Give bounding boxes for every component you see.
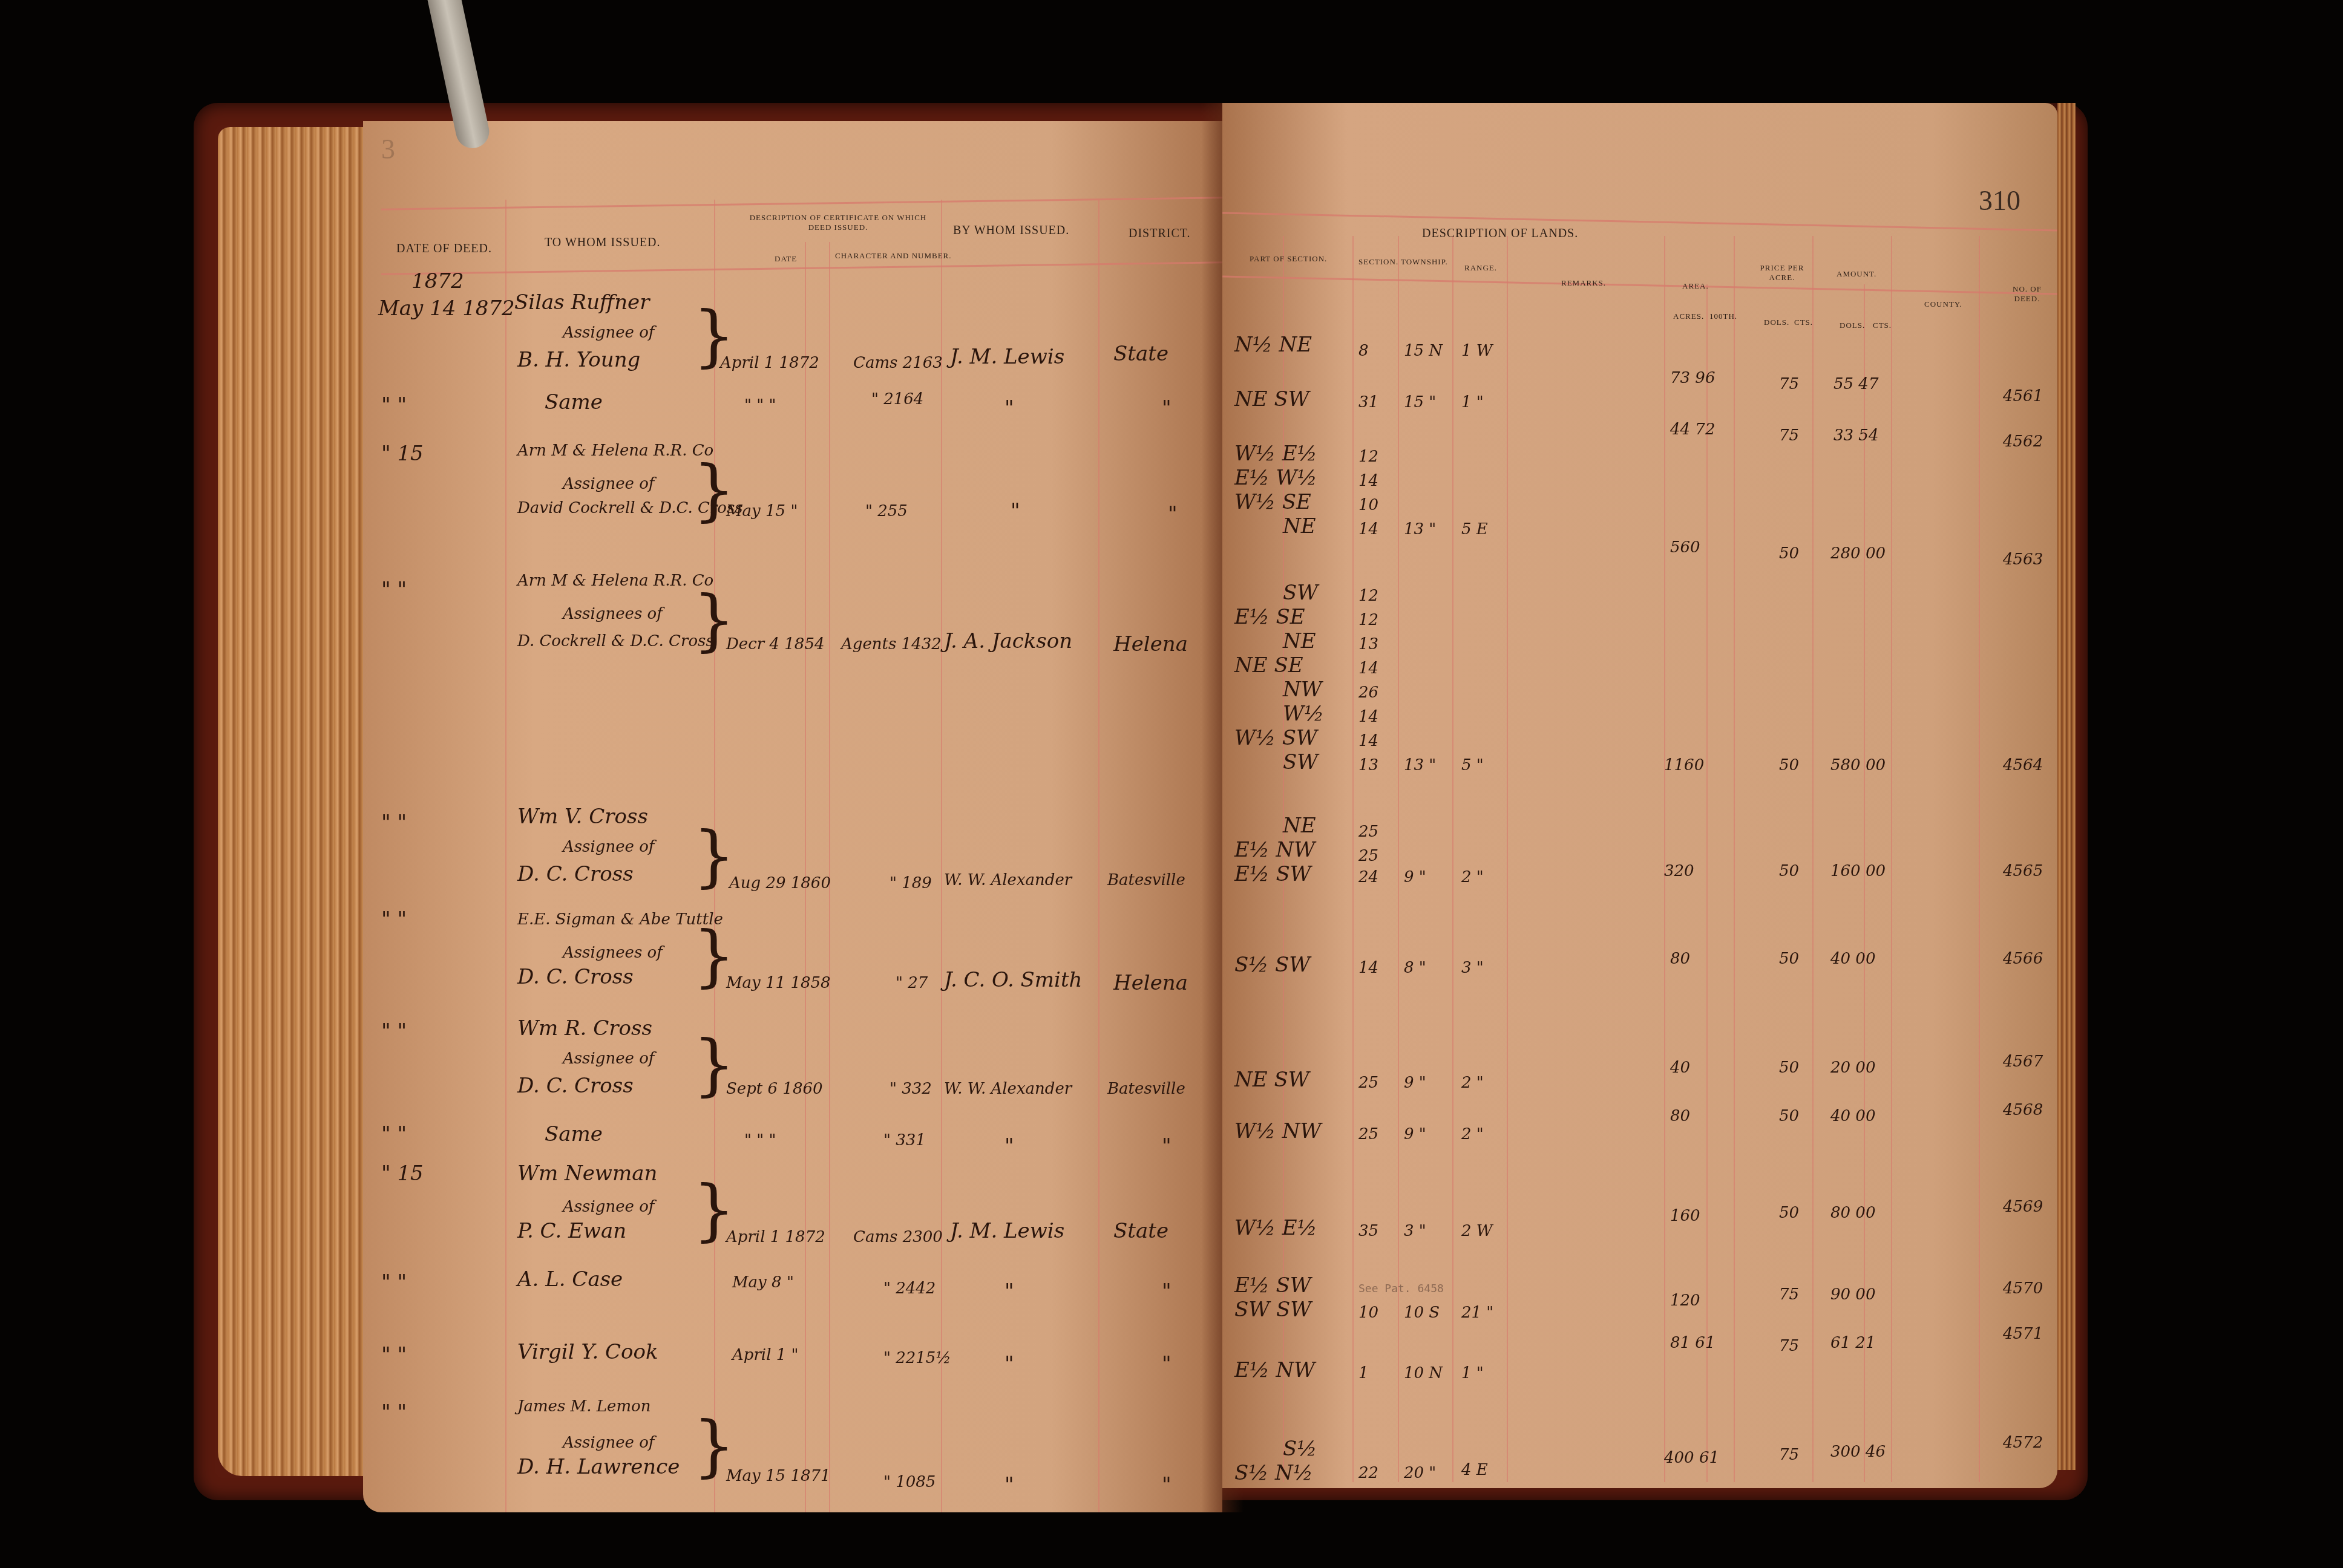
- entry-12-district: ": [1162, 1473, 1171, 1497]
- entry-8-section: 25: [1358, 1125, 1378, 1143]
- entry-10-cert-number: " 2442: [883, 1279, 936, 1298]
- entry-4-assignee-of: Assignees of: [563, 605, 663, 623]
- entry-4-area: 1160: [1664, 756, 1704, 774]
- col-rule: [1734, 236, 1735, 1482]
- entry-10-cert-date: May 8 ": [732, 1273, 794, 1292]
- entry-4-section: 14: [1358, 732, 1378, 750]
- entry-1-area: 73 96: [1670, 369, 1715, 387]
- entry-3-district: ": [1168, 502, 1178, 526]
- entry-4-deed-no: 4564: [2003, 756, 2043, 774]
- entry-5-section: 24: [1358, 868, 1378, 886]
- entry-9-assignee-of: Assignee of: [563, 1198, 654, 1216]
- entry-8-cert-date: " " ": [744, 1131, 776, 1149]
- entry-5-price: 50: [1779, 862, 1799, 880]
- entry-11-grantee: Virgil Y. Cook: [517, 1340, 658, 1364]
- header-price-dols: Dols.: [1764, 318, 1789, 327]
- header-bottom-rule: [1222, 276, 2057, 295]
- entry-9-part: W½ E½: [1234, 1216, 1317, 1240]
- header-area-acres: Acres.: [1673, 312, 1704, 321]
- entry-5-part: NE: [1283, 814, 1316, 838]
- entry-9-range: 2 W: [1461, 1222, 1493, 1240]
- entry-6-deed-no: 4566: [2003, 950, 2043, 968]
- header-range: Range.: [1464, 263, 1497, 273]
- entry-10-range: 21 ": [1461, 1304, 1493, 1322]
- entry-12-price: 75: [1779, 1446, 1799, 1464]
- entry-11-section: 1: [1358, 1364, 1369, 1382]
- entry-10-district: ": [1162, 1279, 1171, 1304]
- entry-4-amount: 580 00: [1830, 756, 1886, 774]
- header-amount: Amount.: [1837, 269, 1876, 279]
- entry-12-amount: 300 46: [1830, 1443, 1886, 1461]
- entry-5-area: 320: [1664, 862, 1694, 880]
- entry-12-township: 20 ": [1404, 1464, 1436, 1482]
- entry-6-range: 3 ": [1461, 959, 1484, 977]
- entry-10-township: 10 S: [1404, 1304, 1440, 1322]
- entry-12-part: S½ N½: [1234, 1461, 1313, 1485]
- entry-2-township: 15 ": [1404, 393, 1436, 411]
- entry-3-range: 5 E: [1461, 520, 1488, 538]
- entry-5-grantee: Wm V. Cross: [517, 805, 648, 829]
- right-page-edges: [2057, 103, 2076, 1470]
- header-top-rule: [1222, 212, 2057, 232]
- left-page-number: 3: [381, 133, 395, 165]
- entry-11-district: ": [1162, 1352, 1171, 1376]
- entry-11-issued-by: ": [1004, 1352, 1014, 1376]
- entry-6-grantee: E.E. Sigman & Abe Tuttle: [517, 910, 723, 929]
- entry-9-assignor: P. C. Ewan: [517, 1219, 626, 1243]
- entry-5-date: " ": [381, 811, 407, 835]
- entry-2-part: NE SW: [1234, 387, 1309, 411]
- entry-2-cert-number: " 2164: [871, 390, 923, 408]
- entry-5-issued-by: W. W. Alexander: [944, 871, 1072, 889]
- entry-3-section: 12: [1358, 448, 1378, 466]
- entry-5-deed-no: 4565: [2003, 862, 2043, 880]
- header-price-cts: Cts.: [1794, 318, 1813, 327]
- header-amount-dols: Dols.: [1840, 321, 1865, 330]
- entry-1-range: 1 W: [1461, 342, 1493, 360]
- entry-6-assignor: D. C. Cross: [517, 965, 634, 989]
- header-top-rule: [381, 197, 1222, 210]
- entry-4-part: W½: [1283, 702, 1324, 726]
- entry-9-district: State: [1113, 1219, 1168, 1243]
- entry-3-grantee: Arn M & Helena R.R. Co: [517, 442, 713, 460]
- entry-7-price: 50: [1779, 1059, 1799, 1077]
- entry-10-grantee: A. L. Case: [517, 1267, 623, 1292]
- entry-12-grantee: James M. Lemon: [517, 1397, 650, 1416]
- entry-7-township: 9 ": [1404, 1074, 1426, 1092]
- entry-12-section: 22: [1358, 1464, 1378, 1482]
- header-by-whom-issued: By Whom Issued.: [953, 224, 1069, 238]
- entry-7-amount: 20 00: [1830, 1059, 1875, 1077]
- entry-7-assignee-of: Assignee of: [563, 1050, 654, 1068]
- entry-9-issued-by: J. M. Lewis: [950, 1219, 1064, 1243]
- entry-5-cert-date: Aug 29 1860: [729, 874, 831, 892]
- entry-11-area: 81 61: [1670, 1334, 1715, 1352]
- header-section: Section.: [1358, 257, 1398, 267]
- header-certificate: Description of Certificate on which Deed…: [738, 213, 938, 232]
- entry-4-section: 12: [1358, 587, 1378, 605]
- left-page: 3 Date of Deed. To Whom Issued. Descript…: [363, 121, 1222, 1512]
- entry-4-township: 13 ": [1404, 756, 1436, 774]
- entry-8-issued-by: ": [1004, 1134, 1014, 1158]
- entry-6-section: 14: [1358, 959, 1378, 977]
- entry-10-amount: 90 00: [1830, 1285, 1875, 1304]
- header-township: Township.: [1401, 257, 1448, 267]
- entry-6-part: S½ SW: [1234, 953, 1310, 977]
- page-number: 310: [1979, 185, 2020, 217]
- entry-10-price: 75: [1779, 1285, 1799, 1304]
- entry-11-price: 75: [1779, 1337, 1799, 1355]
- entry-3-deed-no: 4563: [2003, 550, 2043, 569]
- entry-12-assignor: D. H. Lawrence: [517, 1455, 680, 1479]
- col-rule: [1979, 236, 1980, 1482]
- entry-12-assignee-of: Assignee of: [563, 1434, 654, 1452]
- entry-10-date: " ": [381, 1270, 407, 1295]
- entry-1-cert-number: Cams 2163: [853, 354, 943, 372]
- entry-9-grantee: Wm Newman: [517, 1161, 657, 1186]
- entry-2-price: 75: [1779, 426, 1799, 445]
- entry-3-section: 14: [1358, 520, 1378, 538]
- entry-1-township: 15 N: [1404, 342, 1443, 360]
- header-price-per-acre: Price per Acre.: [1755, 263, 1809, 283]
- entry-10-remarks-stamp: See Pat. 6458: [1358, 1282, 1444, 1295]
- entry-8-township: 9 ": [1404, 1125, 1426, 1143]
- entry-2-cert-date: " " ": [744, 396, 776, 414]
- entry-12-cert-number: " 1085: [883, 1473, 936, 1491]
- entry-8-district: ": [1162, 1134, 1171, 1158]
- entry-4-section: 26: [1358, 684, 1378, 702]
- entry-4-part: SW: [1283, 750, 1318, 774]
- entry-6-cert-number: " 27: [896, 974, 928, 992]
- entry-4-date: " ": [381, 578, 407, 602]
- entry-1-section: 8: [1358, 342, 1369, 360]
- entry-6-area: 80: [1670, 950, 1690, 968]
- entry-7-part: NE SW: [1234, 1068, 1309, 1092]
- entry-4-price: 50: [1779, 756, 1799, 774]
- entry-4-part: E½ SE: [1234, 605, 1305, 629]
- entry-3-township: 13 ": [1404, 520, 1436, 538]
- entry-7-date: " ": [381, 1019, 407, 1044]
- entry-11-part: E½ NW: [1234, 1358, 1315, 1382]
- entry-1-part: N½ NE: [1234, 333, 1312, 357]
- entry-9-date: " 15: [381, 1161, 424, 1186]
- year-heading: 1872: [411, 269, 464, 293]
- entry-12-part: S½: [1283, 1437, 1317, 1461]
- entry-7-deed-no: 4567: [2003, 1053, 2043, 1071]
- entry-9-price: 50: [1779, 1204, 1799, 1222]
- entry-9-township: 3 ": [1404, 1222, 1426, 1240]
- entry-4-section: 14: [1358, 659, 1378, 678]
- col-rule: [1812, 236, 1814, 1482]
- col-rule: [1352, 236, 1354, 1482]
- entry-12-issued-by: ": [1004, 1473, 1014, 1497]
- entry-8-range: 2 ": [1461, 1125, 1484, 1143]
- entry-2-section: 31: [1358, 393, 1378, 411]
- header-description-of-lands: Description of Lands.: [1422, 227, 1578, 241]
- entry-4-section: 12: [1358, 611, 1378, 629]
- col-rule: [1891, 236, 1892, 1482]
- entry-8-amount: 40 00: [1830, 1107, 1875, 1125]
- entry-11-cert-date: April 1 ": [732, 1346, 799, 1364]
- entry-5-district: Batesville: [1107, 871, 1185, 889]
- entry-5-part: E½ SW: [1234, 862, 1311, 886]
- entry-4-range: 5 ": [1461, 756, 1484, 774]
- entry-4-part: W½ SW: [1234, 726, 1317, 750]
- header-district: District.: [1129, 227, 1191, 241]
- entry-8-price: 50: [1779, 1107, 1799, 1125]
- header-to-whom-issued: To Whom Issued.: [545, 236, 661, 250]
- entry-9-deed-no: 4569: [2003, 1198, 2043, 1216]
- col-rule: [1706, 284, 1708, 1482]
- entry-4-part: NE SE: [1234, 653, 1303, 678]
- entry-12-cert-date: May 15 1871: [726, 1467, 831, 1485]
- entry-7-range: 2 ": [1461, 1074, 1484, 1092]
- entry-6-district: Helena: [1113, 971, 1188, 995]
- entry-6-amount: 40 00: [1830, 950, 1875, 968]
- entry-4-assignor: D. Cockrell & D.C. Cross: [517, 632, 714, 650]
- entry-12-area: 400 61: [1664, 1449, 1719, 1467]
- entry-6-date: " ": [381, 907, 407, 932]
- entry-6-assignee-of: Assignees of: [563, 944, 663, 962]
- header-area-100th: 100th.: [1709, 312, 1737, 321]
- entry-1-grantee: Silas Ruffner: [514, 290, 649, 315]
- entry-3-issued-by: ": [1011, 499, 1020, 523]
- entry-10-issued-by: ": [1004, 1279, 1014, 1304]
- col-rule: [1452, 236, 1453, 1482]
- header-part-of-section: Part of Section.: [1250, 254, 1327, 264]
- entry-3-date: " 15: [381, 442, 424, 466]
- entry-10-deed-no: 4570: [2003, 1279, 2043, 1298]
- entry-1-assignor: B. H. Young: [517, 348, 640, 372]
- header-area: Area.: [1682, 281, 1709, 291]
- entry-6-cert-date: May 11 1858: [726, 974, 831, 992]
- entry-10-area: 120: [1670, 1292, 1700, 1310]
- entry-5-assignee-of: Assignee of: [563, 838, 654, 856]
- entry-4-section: 13: [1358, 635, 1378, 653]
- entry-3-part: NE: [1283, 514, 1316, 538]
- entry-9-cert-date: April 1 1872: [726, 1228, 825, 1246]
- entry-8-part: W½ NW: [1234, 1119, 1321, 1143]
- entry-2-range: 1 ": [1461, 393, 1484, 411]
- entry-3-part: E½ W½: [1234, 466, 1317, 490]
- header-date-of-deed: Date of Deed.: [396, 242, 492, 256]
- col-rule: [1664, 236, 1665, 1482]
- entry-1-issued-by: J. M. Lewis: [950, 345, 1064, 369]
- entry-9-cert-number: Cams 2300: [853, 1228, 943, 1246]
- entry-11-amount: 61 21: [1830, 1334, 1875, 1352]
- entry-7-area: 40: [1670, 1059, 1690, 1077]
- entry-9-section: 35: [1358, 1222, 1378, 1240]
- entry-2-amount: 33 54: [1833, 426, 1878, 445]
- entry-1-price: 75: [1779, 375, 1799, 393]
- col-rule: [1098, 200, 1099, 1512]
- entry-4-cert-number: Agents 1432: [841, 635, 942, 653]
- entry-2-grantee: Same: [545, 390, 603, 414]
- entry-2-deed-no: 4562: [2003, 433, 2043, 451]
- entry-5-township: 9 ": [1404, 868, 1426, 886]
- page-edges: [218, 127, 363, 1476]
- entry-7-issued-by: W. W. Alexander: [944, 1080, 1072, 1098]
- entry-1-cert-date: April 1 1872: [720, 354, 819, 372]
- entry-2-district: ": [1162, 396, 1171, 420]
- entry-12-date: " ": [381, 1400, 407, 1425]
- entry-3-assignee-of: Assignee of: [563, 475, 654, 493]
- entry-8-cert-number: " 331: [883, 1131, 926, 1149]
- right-page: 310 Description of Lands. Part of Sectio…: [1222, 103, 2057, 1488]
- entry-7-cert-date: Sept 6 1860: [726, 1080, 823, 1098]
- col-rule: [1398, 236, 1399, 1482]
- header-county: County.: [1924, 299, 1962, 309]
- col-rule: [1507, 236, 1508, 1482]
- header-amount-cts: Cts.: [1873, 321, 1892, 330]
- entry-5-section: 25: [1358, 823, 1378, 841]
- entry-1-assignee-of: Assignee of: [563, 324, 654, 342]
- header-cert-date: Date: [775, 254, 797, 264]
- entry-2-issued-by: ": [1004, 396, 1014, 420]
- entry-3-section: 10: [1358, 496, 1378, 514]
- entry-4-section: 13: [1358, 756, 1378, 774]
- header-no-of-deed: No. of Deed.: [2003, 284, 2051, 304]
- header-bottom-rule: [381, 261, 1222, 275]
- entry-3-part: W½ SE: [1234, 490, 1311, 514]
- entry-7-cert-number: " 332: [890, 1080, 932, 1098]
- entry-9-amount: 80 00: [1830, 1204, 1875, 1222]
- col-rule: [505, 200, 506, 1512]
- entry-7-district: Batesville: [1107, 1080, 1185, 1098]
- entry-7-section: 25: [1358, 1074, 1378, 1092]
- entry-1-deed-no: 4561: [2003, 387, 2043, 405]
- entry-5-assignor: D. C. Cross: [517, 862, 634, 886]
- entry-5-amount: 160 00: [1830, 862, 1886, 880]
- entry-4-part: SW: [1283, 581, 1318, 605]
- entry-11-date: " ": [381, 1343, 407, 1367]
- entry-5-section: 25: [1358, 847, 1378, 865]
- entry-8-area: 80: [1670, 1107, 1690, 1125]
- entry-4-part: NW: [1283, 678, 1322, 702]
- entry-4-cert-date: Decr 4 1854: [726, 635, 824, 653]
- entry-3-cert-date: May 15 ": [726, 502, 798, 520]
- entry-4-issued-by: J. A. Jackson: [944, 629, 1072, 653]
- entry-5-range: 2 ": [1461, 868, 1484, 886]
- entry-3-amount: 280 00: [1830, 544, 1886, 563]
- entry-5-cert-number: " 189: [890, 874, 932, 892]
- entry-1-district: State: [1113, 342, 1168, 366]
- entry-11-deed-no: 4571: [2003, 1325, 2043, 1343]
- entry-4-district: Helena: [1113, 632, 1188, 656]
- entry-3-price: 50: [1779, 544, 1799, 563]
- entry-3-part: W½ E½: [1234, 442, 1317, 466]
- entry-6-issued-by: J. C. O. Smith: [944, 968, 1083, 992]
- entry-2-date: " ": [381, 393, 407, 417]
- entry-6-township: 8 ": [1404, 959, 1426, 977]
- entry-12-range: 4 E: [1461, 1461, 1488, 1479]
- entry-7-grantee: Wm R. Cross: [517, 1016, 652, 1040]
- entry-3-section: 14: [1358, 472, 1378, 490]
- entry-5-part: E½ NW: [1234, 838, 1315, 862]
- entry-3-cert-number: " 255: [865, 502, 908, 520]
- header-cert-character-number: Character and Number.: [835, 251, 952, 261]
- entry-7-assignor: D. C. Cross: [517, 1074, 634, 1098]
- entry-3-area: 560: [1670, 538, 1700, 557]
- entry-11-cert-number: " 2215½: [883, 1349, 951, 1367]
- entry-8-deed-no: 4568: [2003, 1101, 2043, 1119]
- entry-4-part: NE: [1283, 629, 1316, 653]
- entry-4-grantee: Arn M & Helena R.R. Co: [517, 572, 713, 590]
- entry-1-amount: 55 47: [1833, 375, 1878, 393]
- entry-11-range: 1 ": [1461, 1364, 1484, 1382]
- entry-10-section: 10: [1358, 1304, 1378, 1322]
- entry-8-grantee: Same: [545, 1122, 603, 1146]
- header-remarks: Remarks.: [1561, 278, 1606, 288]
- entry-10-part: SW SW: [1234, 1298, 1311, 1322]
- entry-6-price: 50: [1779, 950, 1799, 968]
- entry-2-area: 44 72: [1670, 420, 1715, 439]
- entry-11-township: 10 N: [1404, 1364, 1443, 1382]
- entry-1-date: May 14 1872: [378, 296, 515, 321]
- entry-10-part: E½ SW: [1234, 1273, 1311, 1298]
- col-rule: [941, 200, 942, 1512]
- entry-9-area: 160: [1670, 1207, 1700, 1225]
- entry-8-date: " ": [381, 1122, 407, 1146]
- entry-12-deed-no: 4572: [2003, 1434, 2043, 1452]
- entry-4-section: 14: [1358, 708, 1378, 726]
